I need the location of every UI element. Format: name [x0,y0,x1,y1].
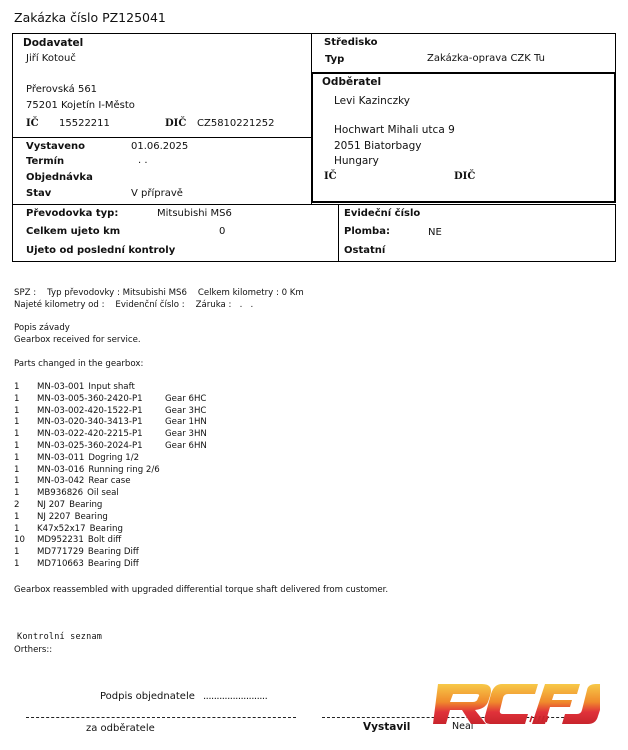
gearbox-box-divider [338,204,339,262]
part-row: 1MN-03-020-340-3413-P1Gear 1HN [14,417,160,429]
part-row: 1MN-03-016Running ring 2/6 [14,465,160,477]
total-km-value: 0 [219,226,225,237]
part-code: MN-03-025-360-2024-P1 [37,441,143,453]
center-type-label: Typ [325,54,344,65]
part-code: MN-03-002-420-1522-P1 [37,406,143,418]
customer-city: 2051 Biatorbagy [334,140,421,152]
fault-label: Popis závady [14,323,70,333]
total-km-label: Celkem ujeto km [26,226,120,237]
part-qty: 1 [14,476,37,488]
part-description: Bearing [75,512,108,524]
part-qty: 1 [14,465,37,477]
part-qty: 1 [14,382,37,394]
part-row: 1MB936826Oil seal [14,488,160,500]
registration-label: Evideční číslo [344,208,420,219]
remark-text: Gearbox reassembled with upgraded differ… [14,585,388,595]
status-label: Stav [26,188,51,199]
customer-box [311,72,616,203]
seal-value: NE [428,227,442,238]
part-row: 1MN-03-011Dogring 1/2 [14,453,160,465]
customer-country: Hungary [334,155,379,167]
part-code: NJ 207 [37,500,65,512]
part-code: MN-03-020-340-3413-P1 [37,417,143,429]
part-gear: Gear 1HN [165,417,207,429]
part-code: NJ 2207 [37,512,71,524]
part-code: MN-03-022-420-2215-P1 [37,429,143,441]
part-row: 1MN-03-025-360-2024-P1Gear 6HN [14,441,160,453]
part-description: Rear case [88,476,130,488]
part-code: MN-03-042 [37,476,84,488]
part-qty: 1 [14,394,37,406]
customer-name: Levi Kazinczky [334,95,410,107]
rcfs-logo-icon [420,676,600,732]
customer-street: Hochwart Mihali utca 9 [334,124,455,136]
customer-signature-dots: ........................ [203,691,267,702]
customer-ic-label: IČ [324,171,337,182]
others-label: Orthers:: [14,645,52,655]
supplier-ic-label: IČ [26,118,39,129]
part-qty: 1 [14,512,37,524]
part-qty: 2 [14,500,37,512]
supplier-city: 75201 Kojetín I-Město [26,100,135,111]
part-description: Oil seal [87,488,119,500]
part-qty: 1 [14,441,37,453]
part-gear: Gear 3HN [165,429,207,441]
part-row: 1MN-03-001Input shaft [14,382,160,394]
status-value: V přípravě [131,188,183,199]
order-label: Objednávka [26,172,93,183]
fault-text: Gearbox received for service. [14,335,141,345]
customer-label: Odběratel [322,76,381,88]
part-description: Bearing [69,500,102,512]
rcfs-logo [420,676,600,732]
supplier-dic-value: CZ5810221252 [197,118,274,129]
part-description: Bearing Diff [88,559,139,571]
part-gear: Gear 6HN [165,441,207,453]
gearbox-type-value: Mitsubishi MS6 [157,208,232,219]
part-row: 1MD710663Bearing Diff [14,559,160,571]
part-qty: 10 [14,535,37,547]
customer-dic-label: DIČ [454,171,475,182]
part-row: 1MD771729Bearing Diff [14,547,160,559]
part-row: 1MN-03-002-420-1522-P1Gear 3HC [14,406,160,418]
supplier-label: Dodavatel [23,37,83,49]
deadline-label: Termín [26,156,64,167]
part-qty: 1 [14,524,37,536]
part-code: MD771729 [37,547,84,559]
km-since-check-label: Ujeto od poslední kontroly [26,245,175,256]
part-code: MD710663 [37,559,84,571]
customer-signature-line [26,717,296,718]
summary-line-1: SPZ : Typ převodovky : Mitsubishi MS6 Ce… [14,288,304,298]
part-gear: Gear 3HC [165,406,206,418]
seal-label: Plomba: [344,226,390,237]
for-customer-label: za odběratele [86,723,155,734]
part-description: Running ring 2/6 [88,465,159,477]
part-row: 1MN-03-022-420-2215-P1Gear 3HN [14,429,160,441]
supplier-name: Jiří Kotouč [26,53,76,64]
part-qty: 1 [14,488,37,500]
summary-line-2: Najeté kilometry od : Evidenční číslo : … [14,300,253,310]
part-row: 1MN-03-005-360-2420-P1Gear 6HC [14,394,160,406]
part-description: Bolt diff [88,535,121,547]
center-type-value: Zakázka-oprava CZK Tu [427,53,545,64]
part-row: 1K47x52x17Bearing [14,524,160,536]
part-row: 2NJ 207Bearing [14,500,160,512]
part-qty: 1 [14,429,37,441]
parts-list: 1MN-03-001Input shaft1MN-03-005-360-2420… [14,382,160,571]
checklist-label: Kontrolní seznam [17,632,102,642]
part-qty: 1 [14,559,37,571]
part-description: Bearing [90,524,123,536]
part-description: Input shaft [88,382,134,394]
part-code: MN-03-011 [37,453,84,465]
part-qty: 1 [14,547,37,559]
supplier-ic-value: 15522211 [59,118,110,129]
part-gear: Gear 6HC [165,394,206,406]
supplier-dic-label: DIČ [165,118,186,129]
part-description: Bearing Diff [88,547,139,559]
part-row: 10MD952231Bolt diff [14,535,160,547]
parts-heading: Parts changed in the gearbox: [14,359,143,369]
customer-signature-label: Podpis objednatele [100,691,195,702]
part-code: K47x52x17 [37,524,86,536]
part-qty: 1 [14,406,37,418]
issued-value: 01.06.2025 [131,141,188,152]
supplier-street: Přerovská 561 [26,84,97,95]
part-code: MB936826 [37,488,83,500]
part-row: 1MN-03-042Rear case [14,476,160,488]
part-code: MN-03-005-360-2420-P1 [37,394,143,406]
issued-by-label: Vystavil [363,721,410,733]
part-description: Dogring 1/2 [88,453,139,465]
deadline-value: . . [138,155,148,166]
gearbox-type-label: Převodovka typ: [26,208,118,219]
part-qty: 1 [14,453,37,465]
issued-label: Vystaveno [26,141,85,152]
other-label: Ostatní [344,245,385,256]
part-code: MD952231 [37,535,84,547]
part-qty: 1 [14,417,37,429]
part-code: MN-03-001 [37,382,84,394]
order-title: Zakázka číslo PZ125041 [14,10,166,25]
part-row: 1NJ 2207Bearing [14,512,160,524]
center-label: Středisko [324,37,378,48]
part-code: MN-03-016 [37,465,84,477]
